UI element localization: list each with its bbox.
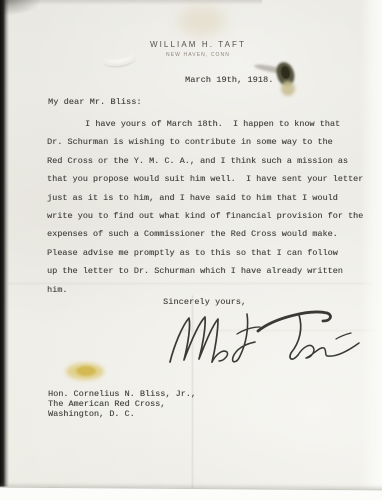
photo-right-edge — [360, 0, 382, 500]
body-line: I have yours of March 18th. I happen to … — [47, 115, 363, 133]
letterhead-name: WILLIAM H. TAFT — [7, 40, 382, 49]
salutation: My dear Mr. Bliss: — [48, 97, 142, 107]
letterhead-location: NEW HAVEN, CONN — [7, 52, 382, 58]
recipient-line: Washington, D. C. — [48, 409, 196, 419]
body-line: expenses of such a Commissioner the Red … — [47, 225, 363, 243]
faint-top-stain — [178, 6, 226, 36]
body-line: Dr. Schurman is wishing to contribute in… — [47, 133, 363, 151]
body-line: Please advise me promptly as to this so … — [47, 244, 363, 262]
date-line: March 19th, 1918. — [185, 75, 273, 85]
taft-signature — [160, 306, 365, 370]
body-line: write you to find out what kind of finan… — [47, 207, 363, 225]
body-line: up the letter to Dr. Schurman which I ha… — [47, 262, 363, 280]
body-line: just as it is to him, and I have said to… — [47, 189, 363, 207]
letter-photo: WILLIAM H. TAFT NEW HAVEN, CONN March 19… — [0, 0, 382, 500]
recipient-line: The American Red Cross, — [48, 399, 196, 409]
paper-bottom-edge — [0, 487, 382, 500]
body-line: that you propose would suit him well. I … — [47, 170, 363, 188]
body-line: Red Cross or the Y. M. C. A., and I thin… — [47, 152, 363, 170]
letterhead: WILLIAM H. TAFT NEW HAVEN, CONN — [7, 40, 382, 58]
stain-discoloration — [281, 81, 295, 96]
photo-left-edge — [0, 0, 9, 500]
recipient-line: Hon. Cornelius N. Bliss, Jr., — [48, 389, 196, 399]
recipient-address: Hon. Cornelius N. Bliss, Jr., The Americ… — [48, 389, 196, 420]
yellow-stain-core — [76, 366, 96, 376]
letter-body: I have yours of March 18th. I happen to … — [47, 115, 363, 299]
